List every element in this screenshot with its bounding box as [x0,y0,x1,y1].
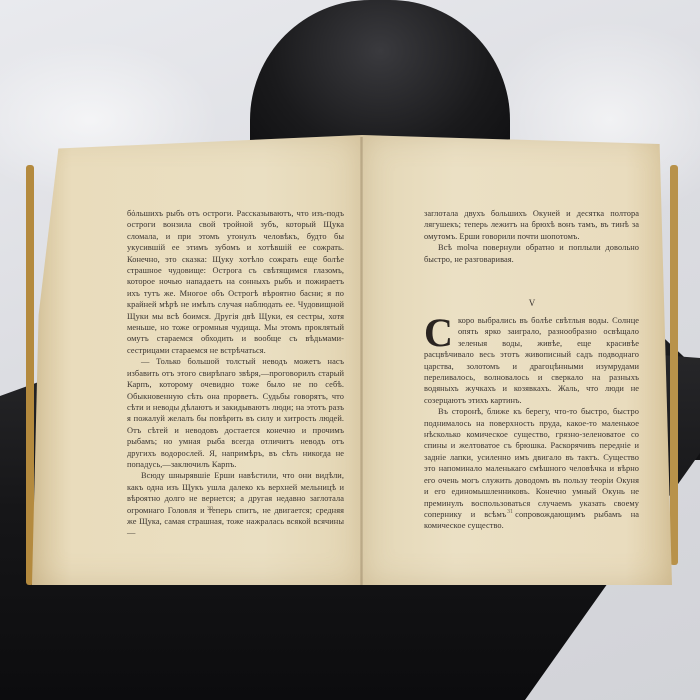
right-page-main-text: Скоро выбрались въ болѣе свѣтлыя воды. С… [424,315,639,532]
page-number-right: 31 [507,509,513,515]
right-page-top-text: заглотала двухъ большихъ Окуней и десятк… [424,208,639,265]
paragraph: заглотала двухъ большихъ Окуней и десятк… [424,208,639,242]
right-page: заглотала двухъ большихъ Окуней и десятк… [362,135,672,585]
book-gutter [360,137,363,585]
paragraph: Скоро выбрались въ болѣе свѣтлыя воды. С… [424,315,639,406]
paragraph: бόльшихъ рыбъ отъ остроги. Рассказываютъ… [127,208,344,356]
left-page-text: бόльшихъ рыбъ отъ остроги. Рассказываютъ… [127,208,344,539]
chapter-number: V [512,298,552,308]
drop-cap: С [424,317,453,349]
paragraph: Всѣ molча повернули обратно и поплыли до… [424,242,639,265]
paragraph: Въ сторонѣ, ближе къ берегу, что-то быст… [424,406,639,531]
paragraph-text: коро выбрались въ болѣе свѣтлыя воды. Со… [424,316,639,405]
page-number-left: 30 [207,506,213,512]
open-book: бόльшихъ рыбъ отъ остроги. Рассказываютъ… [32,135,672,585]
left-page: бόльшихъ рыбъ отъ остроги. Рассказываютъ… [32,135,362,585]
book-page-edge-right [670,165,678,565]
paragraph: Всюду шнырявшіе Ерши навѣстили, что они … [127,470,344,538]
book-page-edge-left [26,165,34,585]
paragraph: — Только большой толстый неводъ можетъ н… [127,356,344,470]
